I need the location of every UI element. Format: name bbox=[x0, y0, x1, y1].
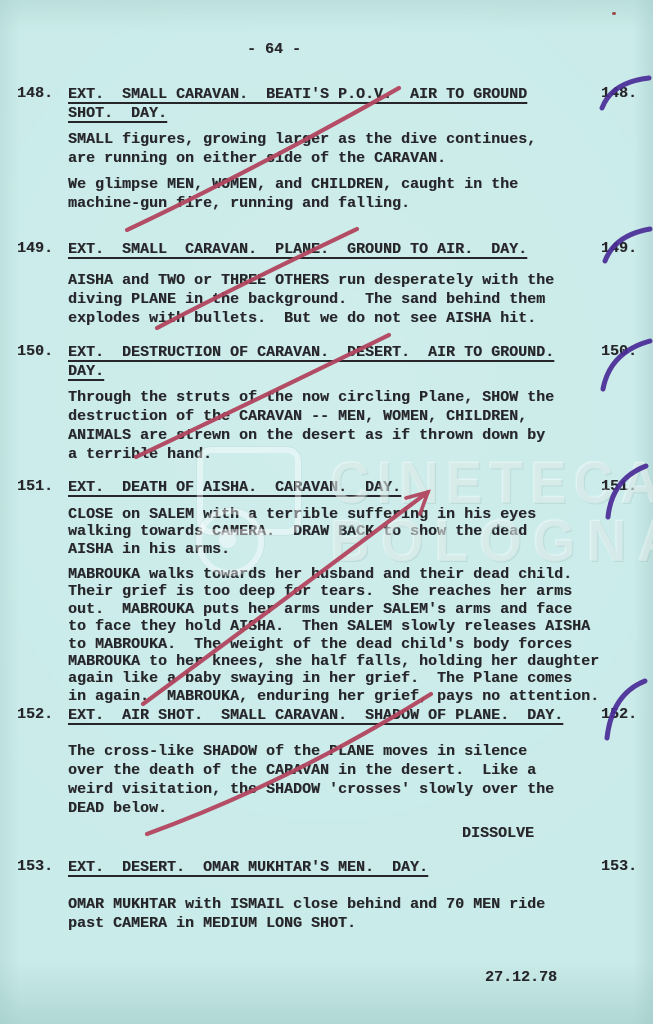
scene-150-number-right: 150. bbox=[601, 343, 637, 360]
scene-153-action-1: OMAR MUKHTAR with ISMAIL close behind an… bbox=[68, 895, 545, 933]
ink-speck bbox=[612, 12, 616, 15]
scene-151-heading: EXT. DEATH OF AISHA. CARAVAN. DAY. bbox=[68, 478, 401, 497]
scene-148-number-left: 148. bbox=[17, 85, 53, 102]
scene-150-heading: EXT. DESTRUCTION OF CARAVAN. DESERT. AIR… bbox=[68, 343, 554, 381]
scene-153-number-right: 153. bbox=[601, 858, 637, 875]
scene-150-action-1: Through the struts of the now circling P… bbox=[68, 388, 554, 464]
scene-151-action-1: CLOSE on SALEM with a terrible suffering… bbox=[68, 506, 536, 558]
scene-149-number-right: 149. bbox=[601, 240, 637, 257]
scene-148-number-right: 148. bbox=[601, 85, 637, 102]
scene-153-number-left: 153. bbox=[17, 858, 53, 875]
scene-153-heading: EXT. DESERT. OMAR MUKHTAR'S MEN. DAY. bbox=[68, 858, 428, 877]
scene-149-number-left: 149. bbox=[17, 240, 53, 257]
scene-151-number-right: 151. bbox=[601, 478, 637, 495]
page-number: - 64 - bbox=[247, 40, 301, 59]
script-page-scan: - 64 - 148. 148. EXT. SMALL CARAVAN. BEA… bbox=[0, 0, 653, 1024]
scene-148-action-2: We glimpse MEN, WOMEN, and CHILDREN, cau… bbox=[68, 175, 518, 213]
transition-dissolve: DISSOLVE bbox=[462, 824, 534, 843]
scene-152-action-1: The cross-like SHADOW of the PLANE moves… bbox=[68, 742, 554, 818]
scene-149-heading: EXT. SMALL CARAVAN. PLANE. GROUND TO AIR… bbox=[68, 240, 527, 259]
scene-149-action-1: AISHA and TWO or THREE OTHERS run desper… bbox=[68, 271, 554, 328]
scene-148-heading: EXT. SMALL CARAVAN. BEATI'S P.O.V. AIR T… bbox=[68, 85, 527, 123]
scene-151-action-2: MABROUKA walks towards her husband and t… bbox=[68, 566, 599, 705]
scene-152-number-right: 152. bbox=[601, 706, 637, 723]
date-stamp: 27.12.78 bbox=[485, 968, 557, 987]
scene-152-heading: EXT. AIR SHOT. SMALL CARAVAN. SHADOW OF … bbox=[68, 706, 563, 725]
scene-152-number-left: 152. bbox=[17, 706, 53, 723]
scene-150-number-left: 150. bbox=[17, 343, 53, 360]
scene-151-number-left: 151. bbox=[17, 478, 53, 495]
scene-148-action-1: SMALL figures, growing larger as the div… bbox=[68, 130, 536, 168]
